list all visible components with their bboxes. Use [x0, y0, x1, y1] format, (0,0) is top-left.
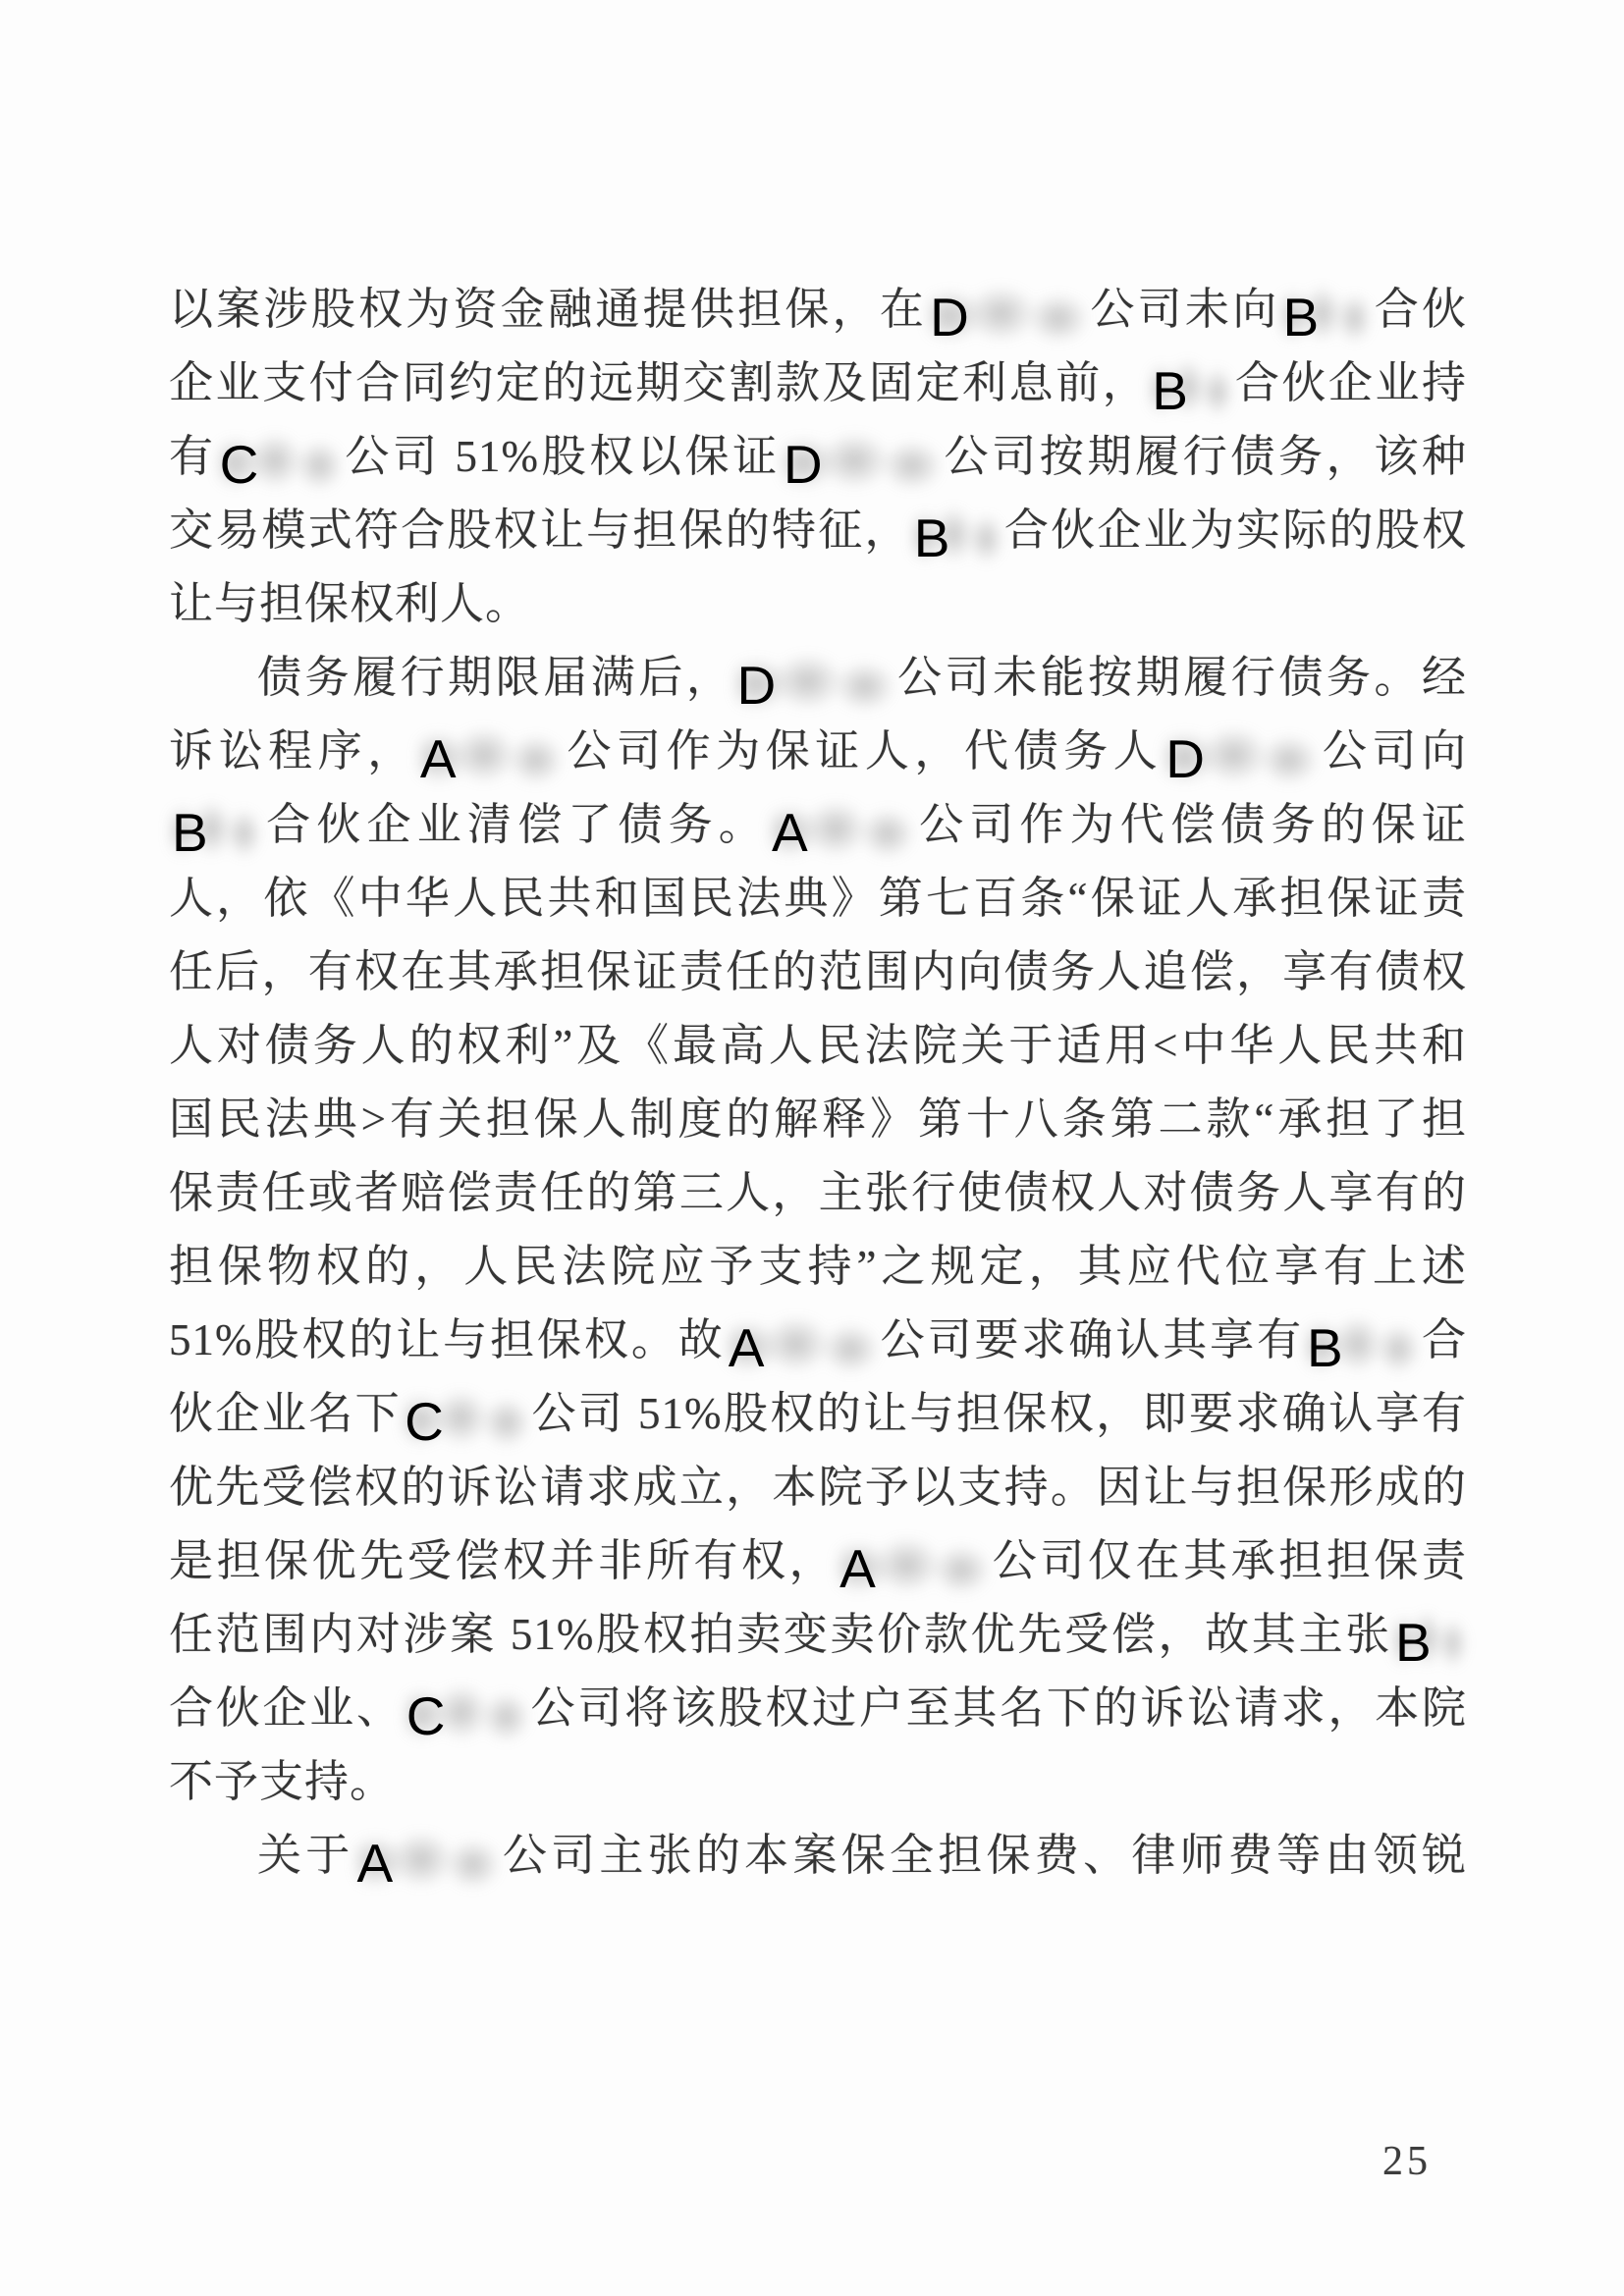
text-run: 合伙	[1372, 285, 1467, 334]
doc-line: B合伙企业清偿了债务。A公司作为代偿债务的保证	[169, 788, 1467, 862]
doc-line: 担保物权的，人民法院应予支持”之规定，其应代位享有上述	[169, 1230, 1467, 1304]
redaction-letter: B	[914, 509, 1001, 566]
redaction-c: C	[220, 436, 340, 493]
text-run: 合伙企业、	[169, 1683, 404, 1733]
redaction-a: A	[772, 804, 911, 861]
text-run: 公司按期履行债务，该种	[942, 432, 1467, 481]
text-run: 任后，有权在其承担保证责任的范围内向债务人追偿，享有债权	[169, 947, 1467, 996]
doc-line: 让与担保权利人。	[169, 567, 1467, 641]
text-run: 公司 51%股权以保证	[343, 432, 781, 481]
text-run: 公司 51%股权的让与担保权，即要求确认享有	[530, 1389, 1467, 1438]
text-run: 交易模式符合股权让与担保的特征，	[169, 506, 911, 555]
text-run: 51%股权的让与担保权。故	[169, 1315, 726, 1364]
text-run: 公司未向	[1088, 285, 1279, 334]
doc-line: 合伙企业、C公司将该股权过户至其名下的诉讼请求，本院	[169, 1672, 1467, 1745]
text-run: 债务履行期限届满后，	[257, 653, 733, 702]
doc-line: 以案涉股权为资金融通提供担保，在D公司未向B合伙	[169, 273, 1467, 347]
redaction-c: C	[405, 1393, 527, 1450]
text-run: 有	[169, 432, 217, 481]
document-body: 以案涉股权为资金融通提供担保，在D公司未向B合伙企业支付合同约定的远期交割款及固…	[169, 273, 1467, 1893]
redaction-b: B	[1282, 289, 1369, 346]
text-run: 合伙企业持	[1233, 358, 1467, 407]
redaction-d: D	[1165, 730, 1315, 787]
redaction-letter: A	[839, 1540, 987, 1597]
redaction-d: D	[930, 289, 1085, 346]
redaction-letter: B	[1152, 362, 1230, 419]
text-run: 诉讼程序，	[169, 726, 417, 775]
doc-line: 关于A公司主张的本案保全担保费、律师费等由领锐	[169, 1819, 1467, 1893]
text-run: 担保物权的，人民法院应予支持”之规定，其应代位享有上述	[169, 1242, 1467, 1291]
doc-line: 人，依《中华人民共和国民法典》第七百条“保证人承担保证责	[169, 862, 1467, 935]
text-run: 是担保优先受偿权并非所有权，	[169, 1536, 837, 1585]
text-run: 人对债务人的权利”及《最高人民法院关于适用<中华人民共和	[169, 1021, 1467, 1070]
doc-line: 国民法典>有关担保人制度的解释》第十八条第二款“承担了担	[169, 1083, 1467, 1156]
doc-line: 交易模式符合股权让与担保的特征，B合伙企业为实际的股权	[169, 494, 1467, 567]
redaction-letter: C	[406, 1687, 526, 1744]
redaction-letter: B	[1282, 289, 1369, 346]
text-run: 公司仅在其承担担保责	[990, 1536, 1467, 1585]
text-run: 不予支持。	[169, 1757, 395, 1806]
redaction-letter: B	[1395, 1614, 1464, 1671]
doc-line: 诉讼程序，A公司作为保证人，代债务人D公司向	[169, 715, 1467, 788]
doc-line: 债务履行期限届满后，D公司未能按期履行债务。经	[169, 641, 1467, 715]
redaction-letter: B	[172, 804, 258, 861]
redaction-b: B	[1307, 1319, 1417, 1376]
text-run: 优先受偿权的诉讼请求成立，本院予以支持。因让与担保形成的	[169, 1463, 1467, 1512]
doc-line: 人对债务人的权利”及《最高人民法院关于适用<中华人民共和	[169, 1009, 1467, 1083]
doc-line: 51%股权的让与担保权。故A公司要求确认其享有B合	[169, 1304, 1467, 1377]
text-run: 合伙企业为实际的股权	[1003, 506, 1467, 555]
text-run: 合伙企业清偿了债务。	[261, 800, 769, 849]
redaction-b: B	[914, 509, 1001, 566]
redaction-letter: A	[772, 804, 911, 861]
redaction-letter: D	[784, 436, 939, 493]
redaction-a: A	[420, 730, 560, 787]
doc-line: 任后，有权在其承担保证责任的范围内向债务人追偿，享有债权	[169, 935, 1467, 1009]
text-run: 公司主张的本案保全担保费、律师费等由领锐	[500, 1831, 1467, 1880]
text-run: 公司将该股权过户至其名下的诉讼请求，本院	[529, 1683, 1467, 1733]
document-page: 以案涉股权为资金融通提供担保，在D公司未向B合伙企业支付合同约定的远期交割款及固…	[0, 0, 1624, 2296]
text-run: 公司未能按期履行债务。经	[894, 653, 1467, 702]
text-run: 公司作为代偿债务的保证	[914, 800, 1467, 849]
redaction-a: A	[357, 1835, 497, 1892]
redaction-letter: D	[1165, 730, 1315, 787]
redaction-letter: C	[220, 436, 340, 493]
redaction-letter: A	[729, 1319, 876, 1376]
redaction-letter: B	[1307, 1319, 1417, 1376]
doc-line: 有C公司 51%股权以保证D公司按期履行债务，该种	[169, 420, 1467, 494]
redaction-a: A	[839, 1540, 987, 1597]
doc-line: 企业支付合同约定的远期交割款及固定利息前，B合伙企业持	[169, 347, 1467, 420]
redaction-letter: D	[736, 657, 892, 714]
text-run: 企业支付合同约定的远期交割款及固定利息前，	[169, 358, 1149, 407]
doc-line: 保责任或者赔偿责任的第三人，主张行使债权人对债务人享有的	[169, 1156, 1467, 1230]
doc-line: 优先受偿权的诉讼请求成立，本院予以支持。因让与担保形成的	[169, 1451, 1467, 1524]
doc-line: 是担保优先受偿权并非所有权，A公司仅在其承担担保责	[169, 1524, 1467, 1598]
text-run: 任范围内对涉案 51%股权拍卖变卖价款优先受偿，故其主张	[169, 1610, 1392, 1659]
redaction-c: C	[406, 1687, 526, 1744]
text-run: 公司要求确认其享有	[879, 1315, 1304, 1364]
text-run: 人，依《中华人民共和国民法典》第七百条“保证人承担保证责	[169, 874, 1467, 923]
doc-line: 不予支持。	[169, 1745, 1467, 1819]
redaction-d: D	[736, 657, 892, 714]
doc-line: 伙企业名下C公司 51%股权的让与担保权，即要求确认享有	[169, 1377, 1467, 1451]
text-run: 国民法典>有关担保人制度的解释》第十八条第二款“承担了担	[169, 1095, 1467, 1144]
text-run: 让与担保权利人。	[169, 579, 530, 628]
page-number: 25	[1382, 2138, 1432, 2185]
text-run: 合	[1420, 1315, 1467, 1364]
text-run: 公司作为保证人，代债务人	[563, 726, 1163, 775]
text-run: 关于	[257, 1831, 354, 1880]
redaction-a: A	[729, 1319, 876, 1376]
text-run: 保责任或者赔偿责任的第三人，主张行使债权人对债务人享有的	[169, 1168, 1467, 1217]
text-run: 公司向	[1318, 726, 1467, 775]
redaction-letter: D	[930, 289, 1085, 346]
redaction-letter: A	[420, 730, 560, 787]
text-run: 伙企业名下	[169, 1389, 402, 1438]
redaction-letter: A	[357, 1835, 497, 1892]
redaction-b: B	[172, 804, 258, 861]
redaction-b: B	[1395, 1614, 1464, 1671]
doc-line: 任范围内对涉案 51%股权拍卖变卖价款优先受偿，故其主张B	[169, 1598, 1467, 1672]
redaction-b: B	[1152, 362, 1230, 419]
redaction-d: D	[784, 436, 939, 493]
redaction-letter: C	[405, 1393, 527, 1450]
text-run: 以案涉股权为资金融通提供担保，在	[169, 285, 927, 334]
